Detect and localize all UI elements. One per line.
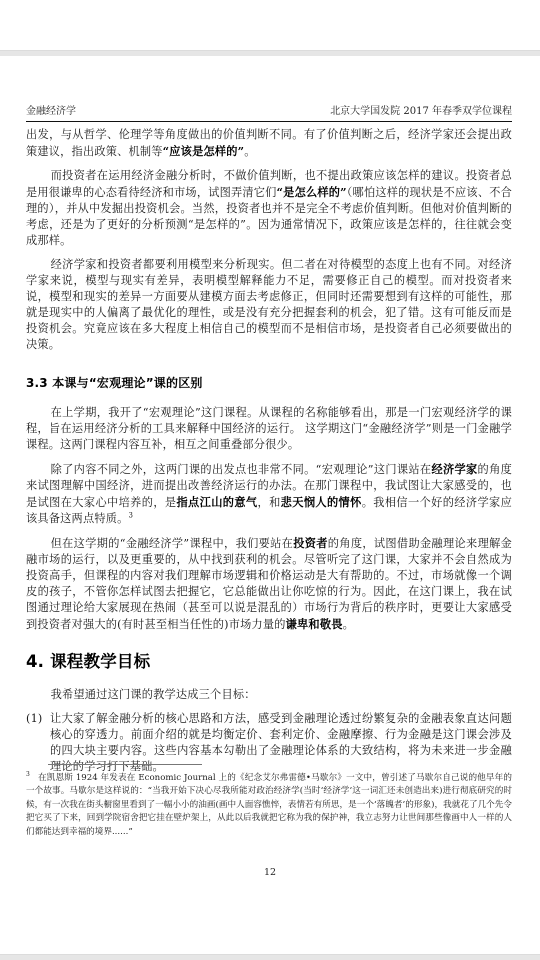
section-heading-4: 4. 课程教学目标 (26, 651, 512, 673)
paragraph-5: 除了内容不同之外，这两门课的出发点也非常不同。“宏观理论”这门课站在经济学家的角… (26, 461, 512, 527)
paragraph-1: 出发，与从哲学、伦理学等角度做出的价值判断不同。有了价值判断之后，经济学家还会提… (26, 127, 512, 160)
footnote-mark: 3 (26, 771, 30, 778)
emphasis-economist: 经济学家 (431, 462, 477, 476)
document-page: 金融经济学 北京大学国发院 2017 年春季双学位课程 出发，与从哲学、伦理学等… (0, 56, 540, 954)
section-heading-3-3: 3.3 本课与“宏观理论”课的区别 (26, 375, 512, 391)
running-header: 金融经济学 北京大学国发院 2017 年春季双学位课程 (26, 105, 512, 119)
footnote-ref-3[interactable]: 3 (129, 511, 134, 519)
emphasis-what-is: “是怎么样的” (277, 185, 347, 199)
emphasis-ambition: 指点江山的意气 (176, 495, 257, 509)
goal-item-1: (1) 让大家了解金融分析的核心思路和方法，感受到金融理论透过纷繁复杂的金融表象… (26, 711, 512, 775)
emphasis-investor: 投资者 (293, 536, 328, 550)
paragraph-2: 而投资者在运用经济金融分析时，不做价值判断，也不提出政策应该怎样的建议。投资者总… (26, 168, 512, 249)
footnote-text: 在凯恩斯 1924 年发表在 Economic Journal 上的《纪念艾尔弗… (26, 773, 512, 837)
goals-intro: 我希望通过这门课的教学达成三个目标： (26, 687, 512, 703)
header-program: 北京大学国发院 2017 年春季双学位课程 (330, 105, 512, 119)
goal-text: 让大家了解金融分析的核心思路和方法，感受到金融理论透过纷繁复杂的金融表象直达问题… (50, 711, 512, 775)
header-course-title: 金融经济学 (26, 105, 76, 119)
emphasis-compassion: 悲天悯人的情怀 (281, 495, 362, 509)
paragraph-6: 但在这学期的“金融经济学”课程中，我们要站在投资者的角度，试图借助金融理论来理解… (26, 535, 512, 633)
emphasis-should-be: “应该是怎样的” (163, 144, 245, 158)
body-text: 出发，与从哲学、伦理学等角度做出的价值判断不同。有了价值判断之后，经济学家还会提… (26, 127, 512, 775)
goal-label: (1) (26, 711, 50, 775)
footnote-rule (48, 764, 202, 765)
footnote-3: 3在凯恩斯 1924 年发表在 Economic Journal 上的《纪念艾尔… (26, 772, 512, 839)
paragraph-4: 在上学期，我开了“宏观理论”这门课程。从课程的名称能够看出，那是一门宏观经济学的… (26, 405, 512, 453)
page-separator-bottom (0, 954, 540, 960)
page-number: 12 (0, 867, 540, 878)
emphasis-humility-awe: 谦卑和敬畏 (286, 617, 343, 631)
paragraph-3: 经济学家和投资者都要利用模型来分析现实。但二者在对待模型的态度上也有不同。对经济… (26, 257, 512, 353)
header-rule (26, 121, 512, 122)
